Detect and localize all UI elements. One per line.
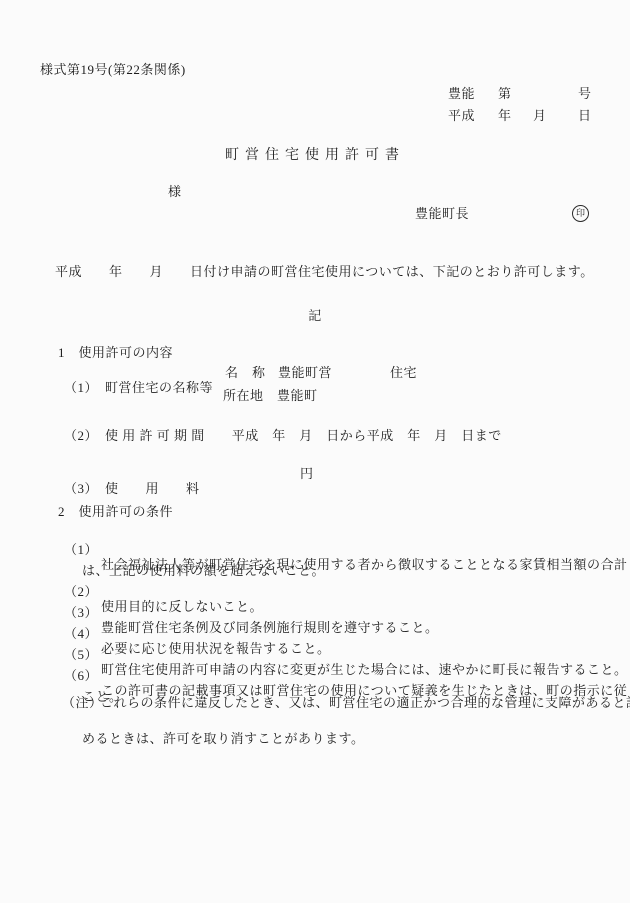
condition-item-6: （6） この許可書の記載事項又は町営住宅の使用について疑義を生じたときは、町の指… [0,653,630,668]
body-sentence: 平成 年 月 日付け申請の町営住宅使用については、下記のとおり許可します。 [55,264,594,279]
condition-item-2: （2） 使用目的に反しないこと。 [0,569,630,584]
name-field-value: 豊能町営 [278,365,332,380]
housing-address-row: 所在地 豊能町 [0,388,630,403]
section2-heading: 2 使用許可の条件 [58,504,173,519]
note-text: これらの条件に違反したとき、又は、町営住宅の適正かつ合理的な管理に支障があると認 [100,695,630,710]
date-era: 平成 [448,108,475,123]
ref-prefix: 豊能 [448,86,475,101]
address-field-label: 所在地 [223,388,264,403]
note-text-cont: めるときは、許可を取り消すことがあります。 [82,731,364,746]
note-row: （注） これらの条件に違反したとき、又は、町営住宅の適正かつ合理的な管理に支障が… [0,695,630,710]
ref-go: 号 [578,86,592,101]
permit-document-page: 様式第19号(第22条関係) 豊能 第 号 平成 年 月 日 町営住宅使用許可書… [0,0,630,903]
housing-name-row: （1） 町営住宅の名称等 名 称 豊能町営 住宅 [0,365,630,380]
condition-item-4: （4） 必要に応じ使用状況を報告すること。 [0,611,630,626]
condition-item-1-cont: は、上記の使用料の額を超えないこと。 [0,548,630,563]
fee-unit: 円 [300,466,314,481]
name-field-label: 名 称 [225,365,266,380]
condition-item-1: （1） 社会福祉法人等が町営住宅を現に使用する者から徴収することとなる家賃相当額… [0,527,630,542]
section1-heading: 1 使用許可の内容 [58,345,173,360]
fee-label: （3） 使 用 料 [64,481,200,496]
note-number: （注） [62,695,103,710]
condition-item-5: （5） 町営住宅使用許可申請の内容に変更が生じた場合には、速やかに町長に報告する… [0,632,630,647]
note-row-cont: めるときは、許可を取り消すことがあります。 [0,716,630,731]
address-field-value: 豊能町 [277,388,318,403]
permit-period-row: （2） 使 用 許 可 期 間 平成 年 月 日から平成 年 月 日まで [64,428,502,443]
name-field-suffix: 住宅 [390,365,417,380]
form-number: 様式第19号(第22条関係) [40,62,186,77]
date-day: 日 [578,108,592,123]
date-year: 年 [498,108,512,123]
issuer-name: 豊能町長 [415,206,469,221]
seal-stamp-icon: 印 [572,205,589,222]
ki-marker: 記 [0,308,630,323]
document-title: 町営住宅使用許可書 [0,148,630,163]
condition-item-6-cont: こと。 [0,674,630,689]
ref-dai: 第 [498,86,512,101]
condition-item-3: （3） 豊能町営住宅条例及び同条例施行規則を遵守すること。 [0,590,630,605]
fee-row: （3） 使 用 料 円 [0,466,630,481]
date-month: 月 [533,108,547,123]
addressee-honorific: 様 [168,184,182,199]
